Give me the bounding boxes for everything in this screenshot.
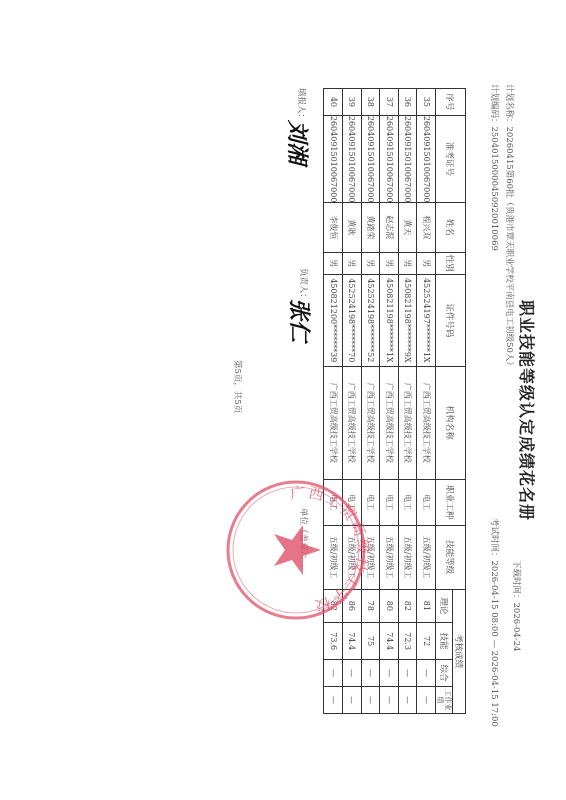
cell-theory: 82 <box>324 589 343 623</box>
cell-exam-id: 2604091501006700060 <box>324 115 343 202</box>
cell-gender: 男 <box>398 252 417 274</box>
col-header-overall: 综合 <box>436 660 453 687</box>
col-header-scores-group: 考核成绩 <box>453 589 466 713</box>
results-table: 序号 准考证号 姓名 性别 证件号码 机构名称 职业工种 技能等级 考核成绩 理… <box>323 88 466 714</box>
cell-work-performance: — <box>380 687 399 714</box>
filler-signature: 刘湘 <box>283 120 314 164</box>
header-row-top: 序号 准考证号 姓名 性别 证件号码 机构名称 职业工种 技能等级 考核成绩 <box>453 89 466 714</box>
exam-time-value: 2026-04-15 08:00 — 2026-04-15 17:00 <box>489 561 499 727</box>
cell-seq: 35 <box>417 89 436 116</box>
col-header-exam-id: 准考证号 <box>436 115 466 202</box>
cell-institution: 广西工贸高级技工学校 <box>417 366 436 479</box>
cell-theory: 80 <box>380 589 399 623</box>
cell-institution: 广西工贸高级技工学校 <box>361 366 380 479</box>
cell-exam-id: 2604091501006700056 <box>398 115 417 202</box>
cell-skill: 73.6 <box>324 623 343 660</box>
cell-gender: 男 <box>380 252 399 274</box>
download-time: 下载时间：2026-04-24 <box>511 560 523 652</box>
cell-occupation: 电工 <box>417 479 436 525</box>
table-row: 382604091501006700058黄踏荣男452524198******… <box>361 89 380 714</box>
cell-skill-level: 五级/初级工 <box>343 525 362 589</box>
manager-label: 负责人： <box>298 268 310 302</box>
manager-signature: 张仁 <box>285 298 316 342</box>
cell-gender: 男 <box>324 252 343 274</box>
plan-name-value: 20260415第60批（贵港市覃天职业学校平南县电工初级50人） <box>504 127 514 370</box>
cell-skill-level: 五级/初级工 <box>380 525 399 589</box>
col-header-occupation: 职业工种 <box>436 479 466 525</box>
plan-name-label: 计划名称： <box>504 84 514 127</box>
cell-seq: 40 <box>324 89 343 116</box>
col-header-id-number: 证件号码 <box>436 274 466 366</box>
cell-name: 赵志混 <box>380 203 399 252</box>
cell-occupation: 电工 <box>343 479 362 525</box>
cell-skill: 74.4 <box>343 623 362 660</box>
cell-occupation: 电工 <box>398 479 417 525</box>
cell-name: 黄天 <box>398 203 417 252</box>
cell-gender: 男 <box>361 252 380 274</box>
cell-work-performance: — <box>361 687 380 714</box>
cell-skill: 72.3 <box>398 623 417 660</box>
cell-theory: 81 <box>417 589 436 623</box>
filler-label: 填报人： <box>296 88 308 122</box>
cell-skill-level: 五级/初级工 <box>417 525 436 589</box>
cell-exam-id: 2604091501006700059 <box>343 115 362 202</box>
cell-id-number: 450821200*******39 <box>324 274 343 366</box>
col-header-institution: 机构名称 <box>436 366 466 479</box>
cell-work-performance: — <box>398 687 417 714</box>
col-header-seq: 序号 <box>436 89 466 116</box>
cell-id-number: 452524198*******52 <box>361 274 380 366</box>
cell-seq: 39 <box>343 89 362 116</box>
cell-occupation: 电工 <box>380 479 399 525</box>
cell-institution: 广西工贸高级技工学校 <box>343 366 362 479</box>
download-time-value: 2026-04-24 <box>511 603 521 652</box>
cell-theory: 86 <box>343 589 362 623</box>
cell-id-number: 450821198*******9X <box>398 274 417 366</box>
cell-work-performance: — <box>417 687 436 714</box>
rotated-document-page: 职业技能等级认定成绩花名册 计划名称：20260415第60批（贵港市覃天职业学… <box>0 0 566 800</box>
cell-gender: 男 <box>417 252 436 274</box>
plan-number-label: 计划编码： <box>489 84 499 127</box>
cell-skill: 74.4 <box>380 623 399 660</box>
cell-name: 黄耿 <box>343 203 362 252</box>
cell-name: 程兴双 <box>417 203 436 252</box>
cell-exam-id: 2604091501006700058 <box>361 115 380 202</box>
cell-overall: — <box>361 660 380 687</box>
download-time-label: 下载时间： <box>511 560 521 603</box>
cell-id-number: 450821198*******1X <box>380 274 399 366</box>
cell-id-number: 452524197*******1X <box>417 274 436 366</box>
table-row: 372604091501006700057赵志混男450821198******… <box>380 89 399 714</box>
cell-occupation: 电工 <box>361 479 380 525</box>
col-header-work-performance: 工作业绩 <box>436 687 453 714</box>
cell-seq: 38 <box>361 89 380 116</box>
plan-name: 计划名称：20260415第60批（贵港市覃天职业学校平南县电工初级50人） <box>504 84 516 370</box>
unit-stamp-label: 单位（盖章）： <box>298 508 310 563</box>
cell-institution: 广西工贸高级技工学校 <box>324 366 343 479</box>
cell-overall: — <box>417 660 436 687</box>
table-row: 352604091501006700055程兴双男452524197******… <box>417 89 436 714</box>
table-body: 352604091501006700055程兴双男452524197******… <box>324 89 436 714</box>
cell-institution: 广西工贸高级技工学校 <box>380 366 399 479</box>
plan-number-value: 25040150000450920010069 <box>489 127 499 251</box>
cell-skill-level: 五级/初级工 <box>324 525 343 589</box>
cell-overall: — <box>324 660 343 687</box>
exam-time-label: 考试时间： <box>489 518 499 561</box>
cell-name: 李俊恒 <box>324 203 343 252</box>
cell-exam-id: 2604091501006700055 <box>417 115 436 202</box>
cell-id-number: 452524198*******70 <box>343 274 362 366</box>
page-info: 第5页，共5页 <box>232 360 244 413</box>
cell-work-performance: — <box>343 687 362 714</box>
cell-skill: 75 <box>361 623 380 660</box>
cell-institution: 广西工贸高级技工学校 <box>398 366 417 479</box>
col-header-name: 姓名 <box>436 203 466 252</box>
cell-occupation: 电工 <box>324 479 343 525</box>
cell-skill-level: 五级/初级工 <box>361 525 380 589</box>
col-header-skill-level: 技能等级 <box>436 525 466 589</box>
table-row: 392604091501006700059黄耿男452524198*******… <box>343 89 362 714</box>
cell-skill: 72 <box>417 623 436 660</box>
col-header-theory: 理论 <box>436 589 453 623</box>
cell-theory: 82 <box>398 589 417 623</box>
cell-skill-level: 五级/初级工 <box>398 525 417 589</box>
plan-number: 计划编码：25040150000450920010069 <box>489 84 501 251</box>
table-row: 362604091501006700056黄天男450821198*******… <box>398 89 417 714</box>
col-header-gender: 性别 <box>436 252 466 274</box>
cell-gender: 男 <box>343 252 362 274</box>
cell-exam-id: 2604091501006700057 <box>380 115 399 202</box>
cell-overall: — <box>343 660 362 687</box>
cell-seq: 37 <box>380 89 399 116</box>
col-header-skill: 技能 <box>436 623 453 660</box>
cell-name: 黄踏荣 <box>361 203 380 252</box>
cell-overall: — <box>380 660 399 687</box>
cell-overall: — <box>398 660 417 687</box>
cell-work-performance: — <box>324 687 343 714</box>
document-title: 职业技能等级认定成绩花名册 <box>516 300 539 521</box>
cell-seq: 36 <box>398 89 417 116</box>
exam-time: 考试时间：2026-04-15 08:00 — 2026-04-15 17:00 <box>489 518 501 727</box>
table-row: 402604091501006700060李俊恒男450821200******… <box>324 89 343 714</box>
cell-theory: 78 <box>361 589 380 623</box>
